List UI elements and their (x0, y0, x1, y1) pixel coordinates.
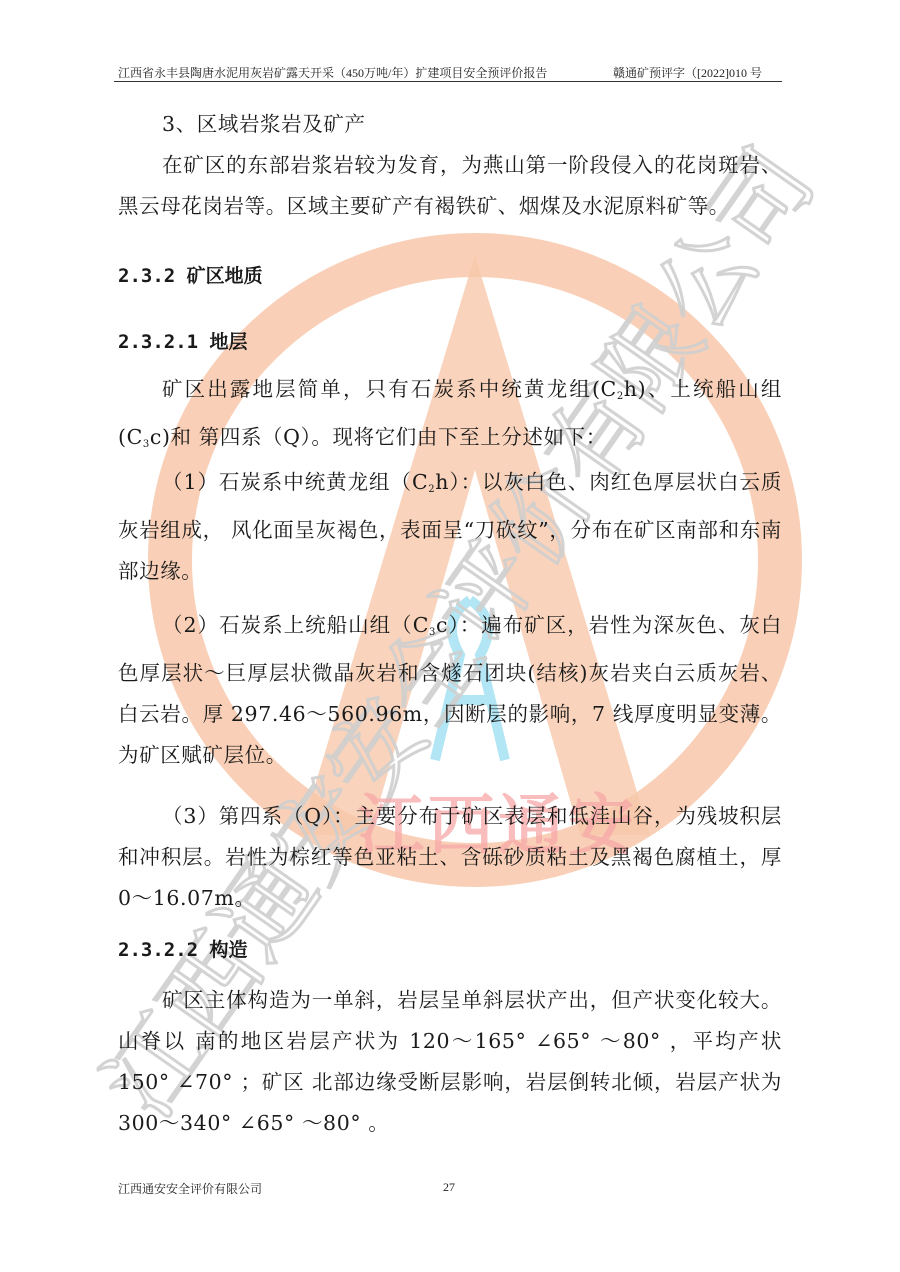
report-title: 江西省永丰县陶唐水泥用灰岩矿露天开采（450万吨/年）扩建项目安全预评价报告 (118, 64, 547, 81)
strata-intro-paragraph: 矿区出露地层简单，只有石炭系中统黄龙组(C2h)、上统船山组(C3c)和 第四系… (118, 369, 782, 465)
footer-company: 江西通安安全评价有限公司 (118, 1180, 262, 1197)
header-divider (114, 81, 782, 82)
page-number: 27 (443, 1180, 455, 1195)
strata-item-2: （2）石炭系上统船山组（C3c）：遍布矿区，岩性为深灰色、灰白色厚层状～巨厚层状… (118, 605, 782, 776)
strata-item-3: （3）第四系（Q）：主要分布于矿区表层和低洼山谷，为残坡积层和冲积层。岩性为棕红… (118, 796, 782, 919)
document-page: 江西通安安全评价有限公司 江西通安 江西省永丰县陶唐水泥用灰岩矿露天开采（450… (0, 0, 900, 1272)
page-header: 江西省永丰县陶唐水泥用灰岩矿露天开采（450万吨/年）扩建项目安全预评价报告 赣… (118, 62, 782, 82)
heading-2-3-2: 2.3.2 矿区地质 (118, 256, 782, 297)
heading-2-3-2-1: 2.3.2.1 地层 (118, 322, 782, 363)
document-number: 赣通矿预评字（[2022]010 号 (613, 64, 762, 81)
structure-paragraph: 矿区主体构造为一单斜，岩层呈单斜层状产出，但产状变化较大。山脊以 南的地区岩层产… (118, 980, 782, 1144)
section-3-paragraph: 在矿区的东部岩浆岩较为发育，为燕山第一阶段侵入的花岗斑岩、黑云母花岗岩等。区域主… (118, 145, 782, 227)
section-3-title: 3、区域岩浆岩及矿产 (118, 104, 782, 145)
heading-2-3-2-2: 2.3.2.2 构造 (118, 930, 782, 971)
strata-item-1: （1）石炭系中统黄龙组（C2h）：以灰白色、肉红色厚层状白云质灰岩组成， 风化面… (118, 462, 782, 592)
